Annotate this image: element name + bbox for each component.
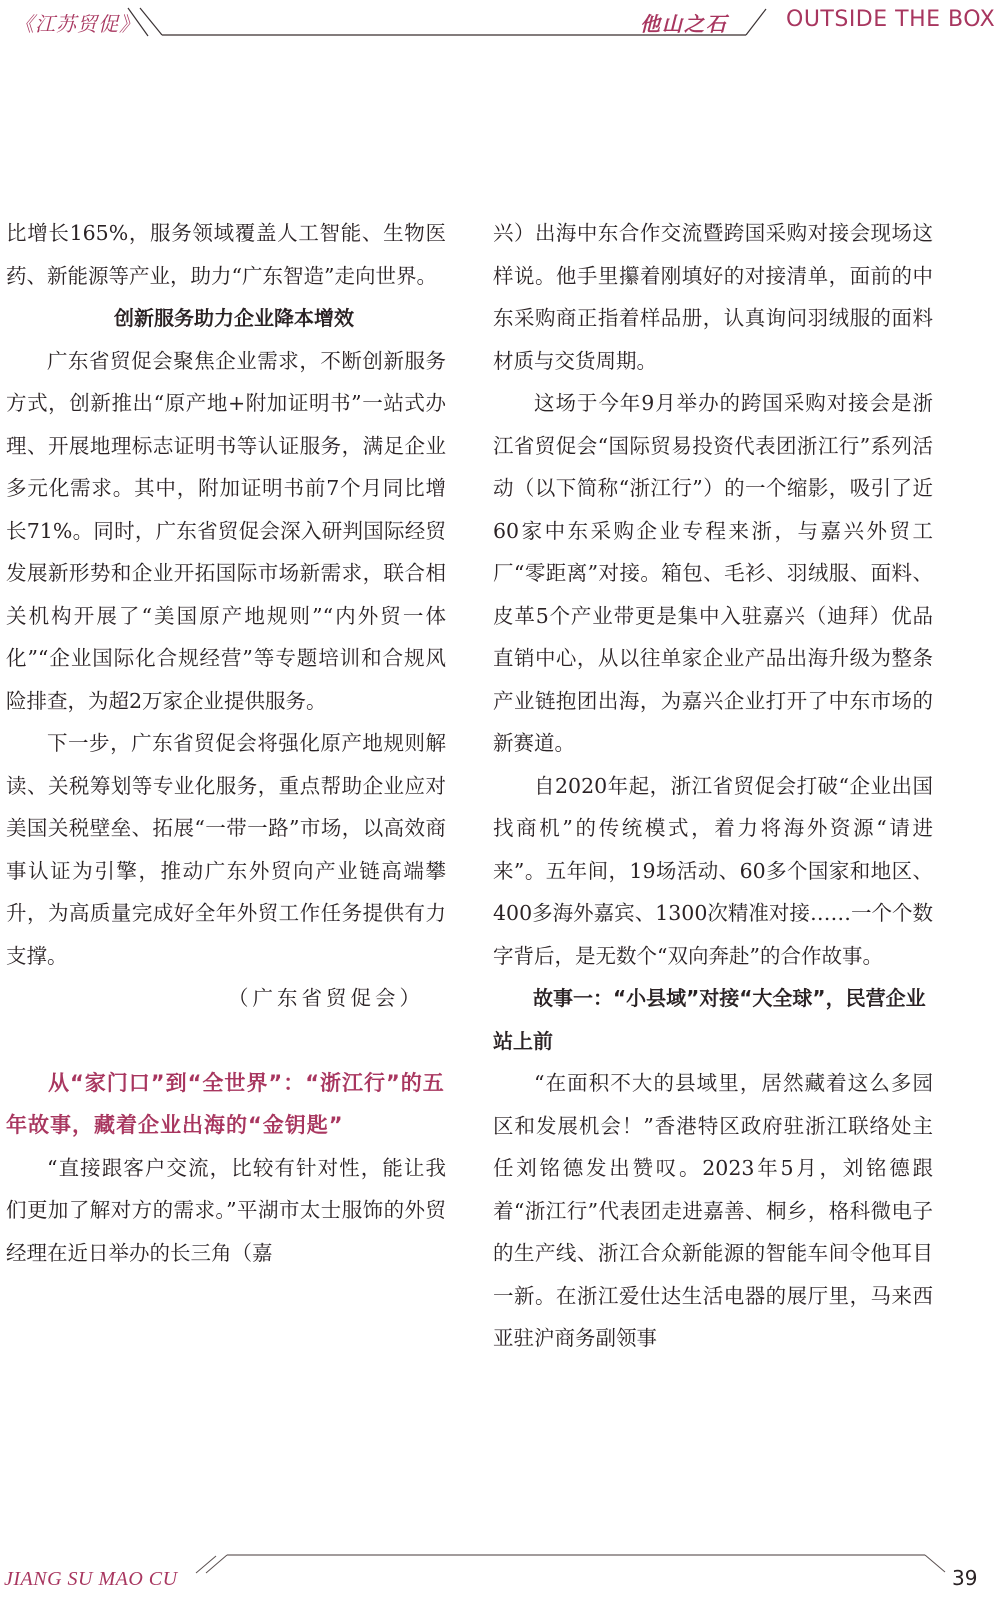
left-column: 比增长165%，服务领域覆盖人工智能、生物医药、新能源等产业，助力“广东智造”走… bbox=[6, 212, 446, 1274]
magazine-logo: 《江苏贸促》 bbox=[14, 8, 140, 37]
paragraph: 自2020年起，浙江省贸促会打破“企业出国找商机”的传统模式，着力将海外资源“请… bbox=[493, 765, 933, 978]
paragraph: “直接跟客户交流，比较有针对性，能让我们更加了解对方的需求。”平湖市太士服饰的外… bbox=[6, 1147, 446, 1275]
subheading: 创新服务助力企业降本增效 bbox=[6, 297, 446, 340]
paragraph: 下一步，广东省贸促会将强化原产地规则解读、关税筹划等专业化服务，重点帮助企业应对… bbox=[6, 722, 446, 977]
paragraph: 这场于今年9月举办的跨国采购对接会是浙江省贸促会“国际贸易投资代表团浙江行”系列… bbox=[493, 382, 933, 765]
paragraph: 比增长165%，服务领域覆盖人工智能、生物医药、新能源等产业，助力“广东智造”走… bbox=[6, 212, 446, 297]
section-title-cn: 他山之石 bbox=[640, 8, 728, 37]
paragraph: 兴）出海中东合作交流暨跨国采购对接会现场这样说。他手里攥着刚填好的对接清单，面前… bbox=[493, 212, 933, 382]
paragraph: “在面积不大的县域里，居然藏着这么多园区和发展机会！”香港特区政府驻浙江联络处主… bbox=[493, 1062, 933, 1360]
section-title-en: OUTSIDE THE BOX bbox=[786, 7, 995, 32]
footer-magazine-name: JIANG SU MAO CU bbox=[4, 1568, 178, 1591]
paragraph: 广东省贸促会聚焦企业需求，不断创新服务方式，创新推出“原产地+附加证明书”一站式… bbox=[6, 340, 446, 723]
page-number: 39 bbox=[952, 1566, 977, 1590]
page-header: 《江苏贸促》 他山之石 OUTSIDE THE BOX bbox=[0, 0, 1000, 60]
spacer bbox=[6, 1020, 446, 1062]
article-source: （广东省贸促会） bbox=[6, 977, 446, 1020]
article-headline: 从“家门口”到“全世界”：“浙江行”的五年故事，藏着企业出海的“金钥匙” bbox=[6, 1062, 446, 1147]
subheading: 故事一：“小县域”对接“大全球”，民营企业站上前 bbox=[493, 977, 933, 1062]
right-column: 兴）出海中东合作交流暨跨国采购对接会现场这样说。他手里攥着刚填好的对接清单，面前… bbox=[493, 212, 933, 1360]
